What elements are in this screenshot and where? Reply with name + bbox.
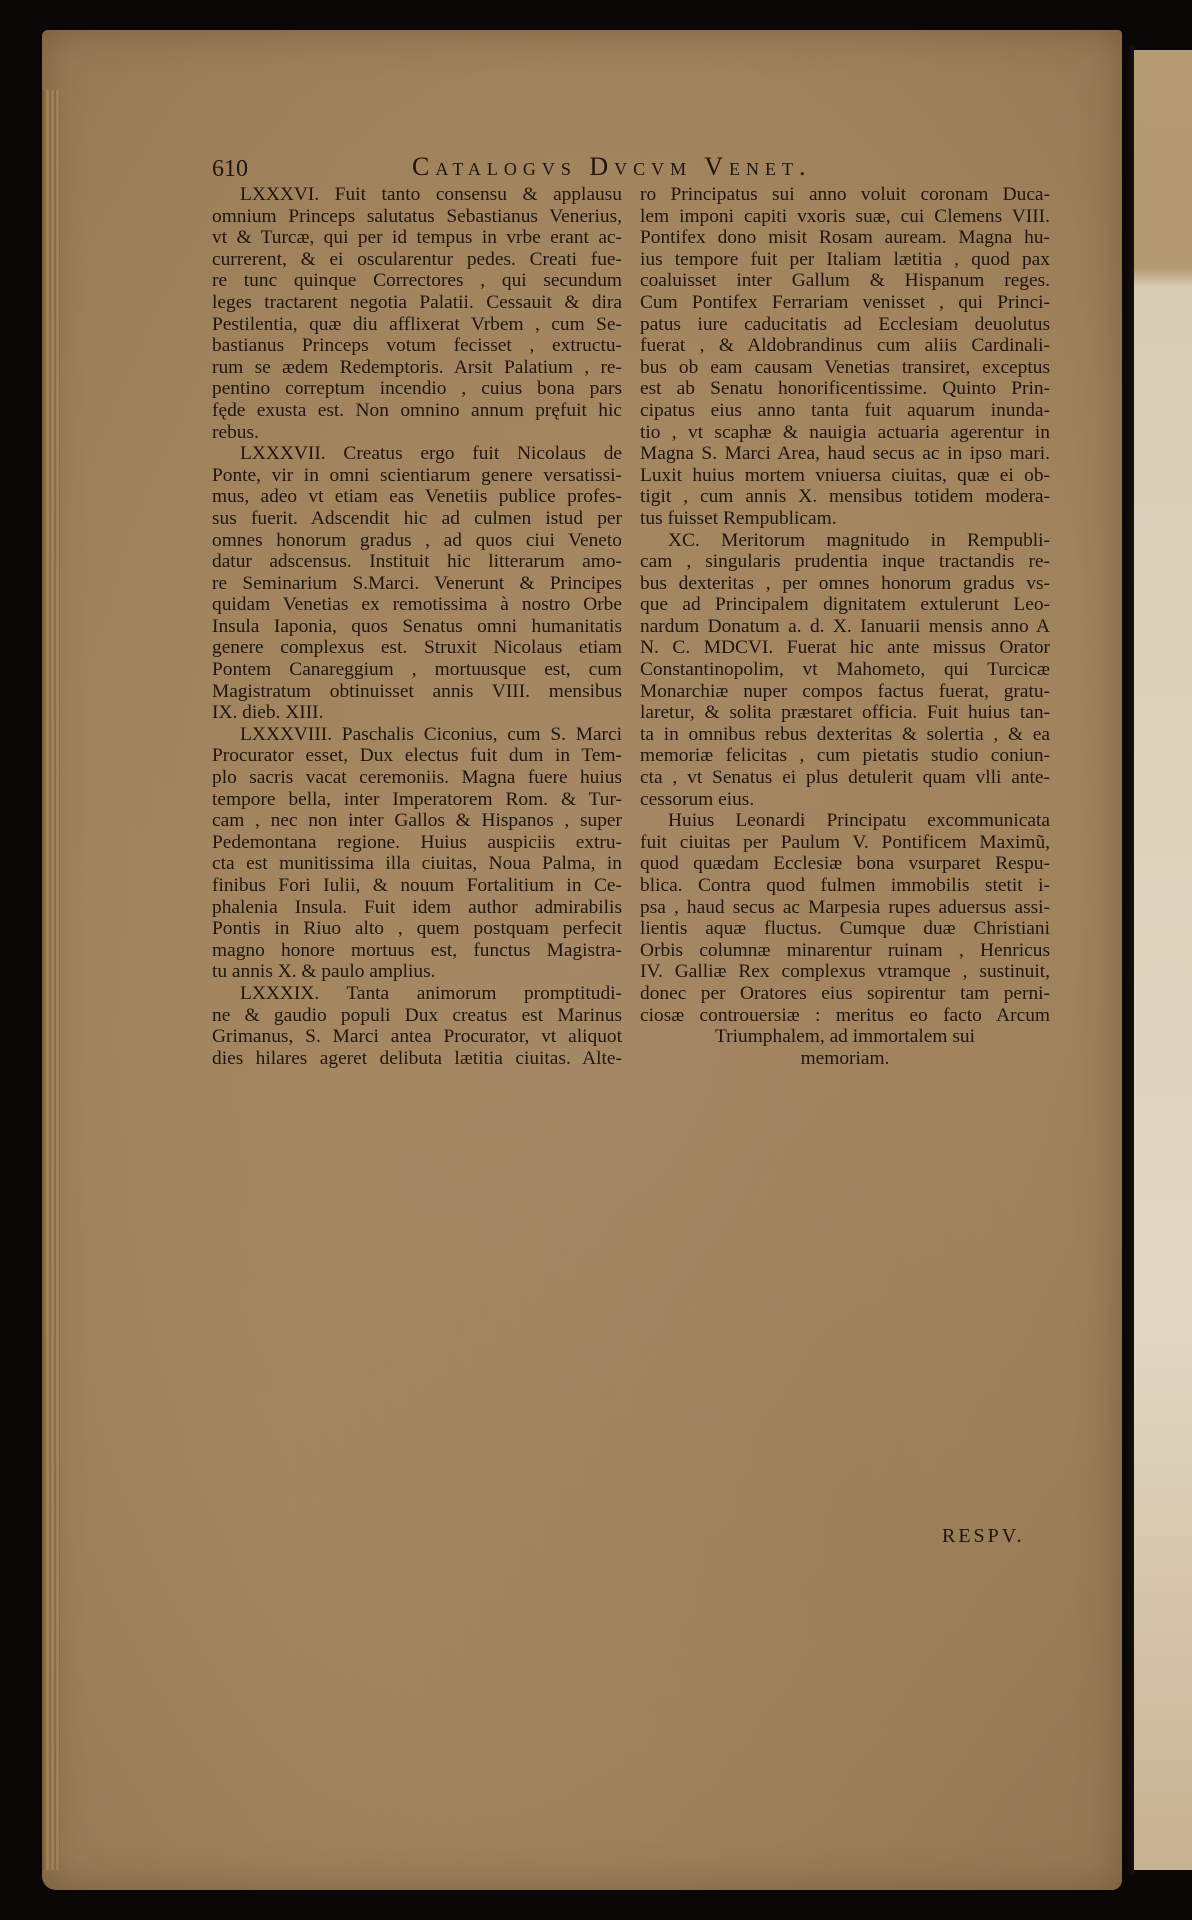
- text-line: cta est munitissima illa ciuitas, Noua P…: [212, 853, 622, 875]
- text-line: Insula Iaponia, quos Senatus omni humani…: [212, 616, 622, 638]
- text-line: cessorum eius.: [640, 789, 1050, 811]
- text-line: est ab Senatu honorificentissime. Quinto…: [640, 378, 1050, 400]
- text-line: Pontifex dono misit Rosam auream. Magna …: [640, 227, 1050, 249]
- text-line: Luxit huius mortem vniuersa ciuitas, quæ…: [640, 465, 1050, 487]
- text-line: patus iure caducitatis ad Ecclesiam deuo…: [640, 314, 1050, 336]
- text-line: rum se ædem Redemptoris. Arsit Palatium …: [212, 357, 622, 379]
- left-column: LXXXVI. Fuit tanto consensu & applausu o…: [212, 184, 622, 1069]
- text-line: Ponte, vir in omni scientiarum genere ve…: [212, 465, 622, 487]
- text-line: ta in omnibus rebus dexteritas & solerti…: [640, 724, 1050, 746]
- text-line: Pontis in Riuo alto , quem postquam perf…: [212, 918, 622, 940]
- text-line: blica. Contra quod fulmen immobilis stet…: [640, 875, 1050, 897]
- text-line: leges tractarent negotia Palatii. Cessau…: [212, 292, 622, 314]
- text-line: Huius Leonardi Principatu excommunicata: [640, 810, 1050, 832]
- text-line: dies hilares ageret delibuta lætitia ciu…: [212, 1048, 622, 1070]
- text-line: Constantinopolim, vt Mahometo, qui Turci…: [640, 659, 1050, 681]
- text-line: datur adscensus. Instituit hic litteraru…: [212, 551, 622, 573]
- text-line: Monarchiæ nuper compos factus fuerat, gr…: [640, 681, 1050, 703]
- text-line: coaluisset inter Gallum & Hispanum reges…: [640, 270, 1050, 292]
- text-line: re Seminarium S.Marci. Venerunt & Princi…: [212, 573, 622, 595]
- text-line: re tunc quinque Correctores , qui secund…: [212, 270, 622, 292]
- text-line: memoriam.: [640, 1048, 1050, 1070]
- text-line: bus ob eam causam Venetias transiret, ex…: [640, 357, 1050, 379]
- page-stack-edges: [42, 90, 60, 1870]
- text-line: ciosæ controuersiæ : meritus eo facto Ar…: [640, 1005, 1050, 1027]
- text-line: cipatus eius anno tanta fuit aquarum inu…: [640, 400, 1050, 422]
- text-line: cta , vt Senatus ei plus detulerit quam …: [640, 767, 1050, 789]
- text-line: Cum Pontifex Ferrariam venisset , qui Pr…: [640, 292, 1050, 314]
- text-line: fuit ciuitas per Paulum V. Pontificem Ma…: [640, 832, 1050, 854]
- text-line: vt & Turcæ, qui per id tempus in vrbe er…: [212, 227, 622, 249]
- text-line: LXXXIX. Tanta animorum promptitudi-: [212, 983, 622, 1005]
- text-line: cam , singularis prudentia inque tractan…: [640, 551, 1050, 573]
- text-line: tempore bella, inter Imperatorem Rom. & …: [212, 789, 622, 811]
- text-line: phalenia Insula. Fuit idem author admira…: [212, 897, 622, 919]
- page-number: 610: [212, 156, 248, 183]
- text-line: fęde exusta est. Non omnino annum pręfui…: [212, 400, 622, 422]
- text-line: IX. dieb. XIII.: [212, 702, 622, 724]
- text-line: ius tempore fuit per Italiam lætitia , q…: [640, 249, 1050, 271]
- text-line: omnes honorum gradus , ad quos ciui Vene…: [212, 530, 622, 552]
- text-line: cam , nec non inter Gallos & Hispanos , …: [212, 810, 622, 832]
- text-line: finibus Fori Iulii, & nouum Fortalitium …: [212, 875, 622, 897]
- text-line: ro Principatus sui anno voluit coronam D…: [640, 184, 1050, 206]
- text-line: genere complexus est. Struxit Nicolaus e…: [212, 637, 622, 659]
- text-line: N. C. MDCVI. Fuerat hic ante missus Orat…: [640, 637, 1050, 659]
- text-line: magno honore mortuus est, functus Magist…: [212, 940, 622, 962]
- text-line: tu annis X. & paulo amplius.: [212, 961, 622, 983]
- text-line: ne & gaudio populi Dux creatus est Marin…: [212, 1005, 622, 1027]
- text-line: currerent, & ei oscularentur pedes. Crea…: [212, 249, 622, 271]
- text-line: nardum Donatum a. d. X. Ianuarii mensis …: [640, 616, 1050, 638]
- text-line: laretur, & solita præstaret officia. Fui…: [640, 702, 1050, 724]
- text-line: quidam Venetias ex remotissima à nostro …: [212, 594, 622, 616]
- adjacent-page-edge: [1128, 50, 1192, 1870]
- text-line: LXXXVII. Creatus ergo fuit Nicolaus de: [212, 443, 622, 465]
- text-line: tus fuisset Rempublicam.: [640, 508, 1050, 530]
- catchword: RESPV.: [942, 1525, 1025, 1548]
- text-line: pentino correptum incendio , cuius bona …: [212, 378, 622, 400]
- text-line: tio , vt scaphæ & nauigia actuaria agere…: [640, 422, 1050, 444]
- text-line: bastianus Princeps votum fecisset , extr…: [212, 335, 622, 357]
- text-line: IV. Galliæ Rex complexus vtramque , sust…: [640, 961, 1050, 983]
- text-line: que ad Principalem dignitatem extulerunt…: [640, 594, 1050, 616]
- text-line: omnium Princeps salutatus Sebastianus Ve…: [212, 206, 622, 228]
- text-line: sus fuerit. Adscendit hic ad culmen istu…: [212, 508, 622, 530]
- text-line: tigit , cum annis X. mensibus totidem mo…: [640, 486, 1050, 508]
- text-line: LXXXVIII. Paschalis Ciconius, cum S. Mar…: [212, 724, 622, 746]
- text-line: Grimanus, S. Marci antea Procurator, vt …: [212, 1026, 622, 1048]
- text-line: Orbis columnæ minarentur ruinam , Henric…: [640, 940, 1050, 962]
- text-line: Procurator esset, Dux electus fuit dum i…: [212, 745, 622, 767]
- text-line: Triumphalem, ad immortalem sui: [640, 1026, 1050, 1048]
- text-line: XC. Meritorum magnitudo in Rempubli-: [640, 530, 1050, 552]
- text-line: quod quædam Ecclesiæ bona vsurparet Resp…: [640, 853, 1050, 875]
- running-title: Catalogvs Dvcvm Venet.: [412, 152, 811, 182]
- text-line: donec per Oratores eius sopirentur tam p…: [640, 983, 1050, 1005]
- text-line: lientis aquæ fluctus. Cumque duæ Christi…: [640, 918, 1050, 940]
- text-line: lem imponi capiti vxoris suæ, cui Clemen…: [640, 206, 1050, 228]
- text-line: Magna S. Marci Area, haud secus ac in ip…: [640, 443, 1050, 465]
- running-head: 610 Catalogvs Dvcvm Venet.: [212, 152, 1072, 186]
- right-column: ro Principatus sui anno voluit coronam D…: [640, 184, 1050, 1069]
- text-line: bus dexteritas , per omnes honorum gradu…: [640, 573, 1050, 595]
- text-line: Magistratum obtinuisset annis VIII. mens…: [212, 681, 622, 703]
- text-line: Pontem Canareggium , mortuusque est, cum: [212, 659, 622, 681]
- text-line: mus, adeo vt etiam eas Venetiis publice …: [212, 486, 622, 508]
- text-line: psa , haud secus ac Marpesia rupes aduer…: [640, 897, 1050, 919]
- text-line: Pedemontana regione. Huius auspiciis ext…: [212, 832, 622, 854]
- text-line: rebus.: [212, 422, 622, 444]
- text-line: plo sacris vacat ceremoniis. Magna fuere…: [212, 767, 622, 789]
- text-line: Pestilentia, quæ diu afflixerat Vrbem , …: [212, 314, 622, 336]
- text-line: memoriæ felicitas , cum pietatis studio …: [640, 745, 1050, 767]
- text-line: fuerat , & Aldobrandinus cum aliis Cardi…: [640, 335, 1050, 357]
- text-line: LXXXVI. Fuit tanto consensu & applausu: [212, 184, 622, 206]
